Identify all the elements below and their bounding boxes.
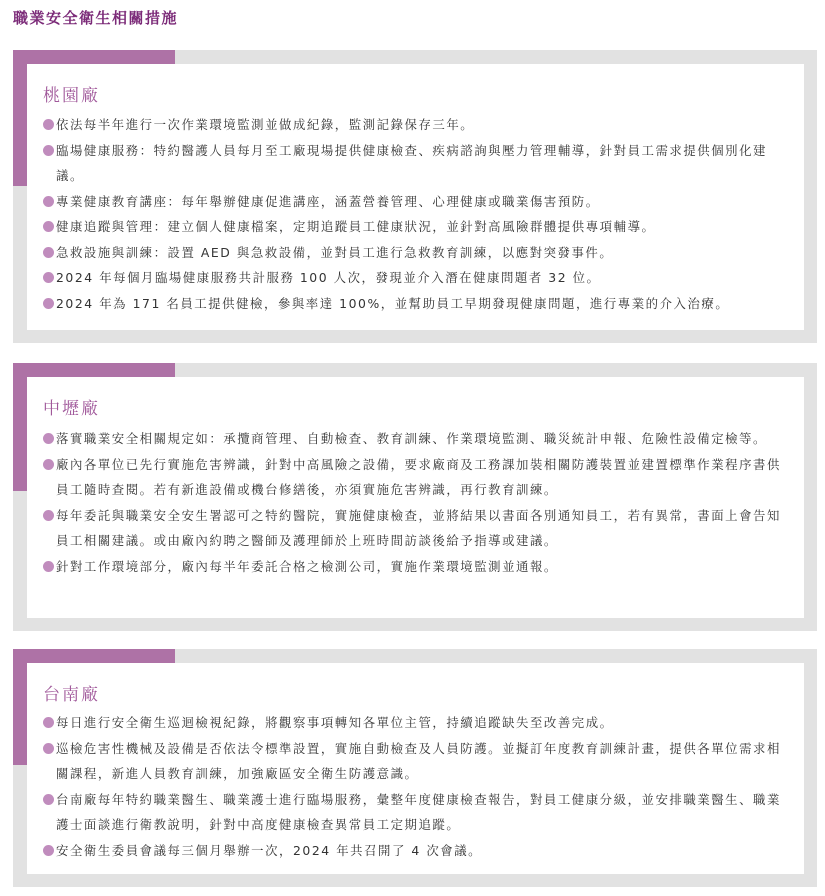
bullet-dot-icon — [43, 145, 54, 156]
list-item: 臨場健康服務：特約醫護人員每月至工廠現場提供健康檢查、疾病諮詢與壓力管理輔導，針… — [43, 138, 794, 189]
bullet-dot-icon — [43, 272, 54, 283]
accent-bar-top — [13, 363, 175, 377]
page-title: 職業安全衛生相關措施 — [13, 7, 178, 28]
list-item: 2024 年每個月臨場健康服務共計服務 100 人次，發現並介入潛在健康問題者 … — [43, 265, 794, 291]
section-content: 中壢廠 落實職業安全相關規定如：承攬商管理、自動檢查、教育訓練、作業環境監測、職… — [27, 377, 804, 618]
list-item: 巡檢危害性機械及設備是否依法令標準設置，實施自動檢查及人員防護。並擬訂年度教育訓… — [43, 736, 794, 787]
accent-bar-left — [13, 363, 27, 491]
accent-bar-left — [13, 50, 27, 186]
list-item: 台南廠每年特約職業醫生、職業護士進行臨場服務，彙整年度健康檢查報告，對員工健康分… — [43, 787, 794, 838]
section-heading: 桃園廠 — [43, 81, 100, 106]
bullet-dot-icon — [43, 221, 54, 232]
bullet-dot-icon — [43, 298, 54, 309]
bullet-dot-icon — [43, 794, 54, 805]
bullet-dot-icon — [43, 510, 54, 521]
list-item: 急救設施與訓練：設置 AED 與急救設備，並對員工進行急救教育訓練，以應對突發事… — [43, 240, 794, 266]
bullet-list: 依法每半年進行一次作業環境監測並做成紀錄，監測記錄保存三年。 臨場健康服務：特約… — [43, 112, 794, 316]
list-item: 落實職業安全相關規定如：承攬商管理、自動檢查、教育訓練、作業環境監測、職災統計申… — [43, 426, 794, 452]
list-item: 安全衛生委員會議每三個月舉辦一次，2024 年共召開了 4 次會議。 — [43, 838, 794, 864]
list-item: 每年委託與職業安全安生署認可之特約醫院，實施健康檢查，並將結果以書面各別通知員工… — [43, 503, 794, 554]
bullet-dot-icon — [43, 433, 54, 444]
accent-bar-left — [13, 649, 27, 765]
list-item: 專業健康教育講座：每年舉辦健康促進講座，涵蓋營養管理、心理健康或職業傷害預防。 — [43, 189, 794, 215]
bullet-dot-icon — [43, 845, 54, 856]
section-heading: 中壢廠 — [43, 394, 100, 419]
list-item: 廠內各單位已先行實施危害辨識，針對中高風險之設備，要求廠商及工務課加裝相關防護裝… — [43, 452, 794, 503]
section-content: 桃園廠 依法每半年進行一次作業環境監測並做成紀錄，監測記錄保存三年。 臨場健康服… — [27, 64, 804, 330]
section-card-zhongli: 中壢廠 落實職業安全相關規定如：承攬商管理、自動檢查、教育訓練、作業環境監測、職… — [13, 363, 817, 631]
accent-bar-top — [13, 649, 175, 663]
list-item: 針對工作環境部分，廠內每半年委託合格之檢測公司，實施作業環境監測並通報。 — [43, 554, 794, 580]
bullet-dot-icon — [43, 247, 54, 258]
section-heading: 台南廠 — [43, 680, 100, 705]
bullet-list: 落實職業安全相關規定如：承攬商管理、自動檢查、教育訓練、作業環境監測、職災統計申… — [43, 426, 794, 579]
section-card-taoyuan: 桃園廠 依法每半年進行一次作業環境監測並做成紀錄，監測記錄保存三年。 臨場健康服… — [13, 50, 817, 343]
list-item: 依法每半年進行一次作業環境監測並做成紀錄，監測記錄保存三年。 — [43, 112, 794, 138]
list-item: 健康追蹤與管理：建立個人健康檔案，定期追蹤員工健康狀況，並針對高風險群體提供專項… — [43, 214, 794, 240]
accent-bar-top — [13, 50, 175, 64]
bullet-dot-icon — [43, 743, 54, 754]
bullet-dot-icon — [43, 196, 54, 207]
bullet-dot-icon — [43, 561, 54, 572]
section-card-tainan: 台南廠 每日進行安全衛生巡迴檢視紀錄，將觀察事項轉知各單位主管，持續追蹤缺失至改… — [13, 649, 817, 887]
list-item: 2024 年為 171 名員工提供健檢，參與率達 100%，並幫助員工早期發現健… — [43, 291, 794, 317]
list-item: 每日進行安全衛生巡迴檢視紀錄，將觀察事項轉知各單位主管，持續追蹤缺失至改善完成。 — [43, 710, 794, 736]
bullet-list: 每日進行安全衛生巡迴檢視紀錄，將觀察事項轉知各單位主管，持續追蹤缺失至改善完成。… — [43, 710, 794, 863]
section-content: 台南廠 每日進行安全衛生巡迴檢視紀錄，將觀察事項轉知各單位主管，持續追蹤缺失至改… — [27, 663, 804, 874]
bullet-dot-icon — [43, 717, 54, 728]
bullet-dot-icon — [43, 119, 54, 130]
bullet-dot-icon — [43, 459, 54, 470]
